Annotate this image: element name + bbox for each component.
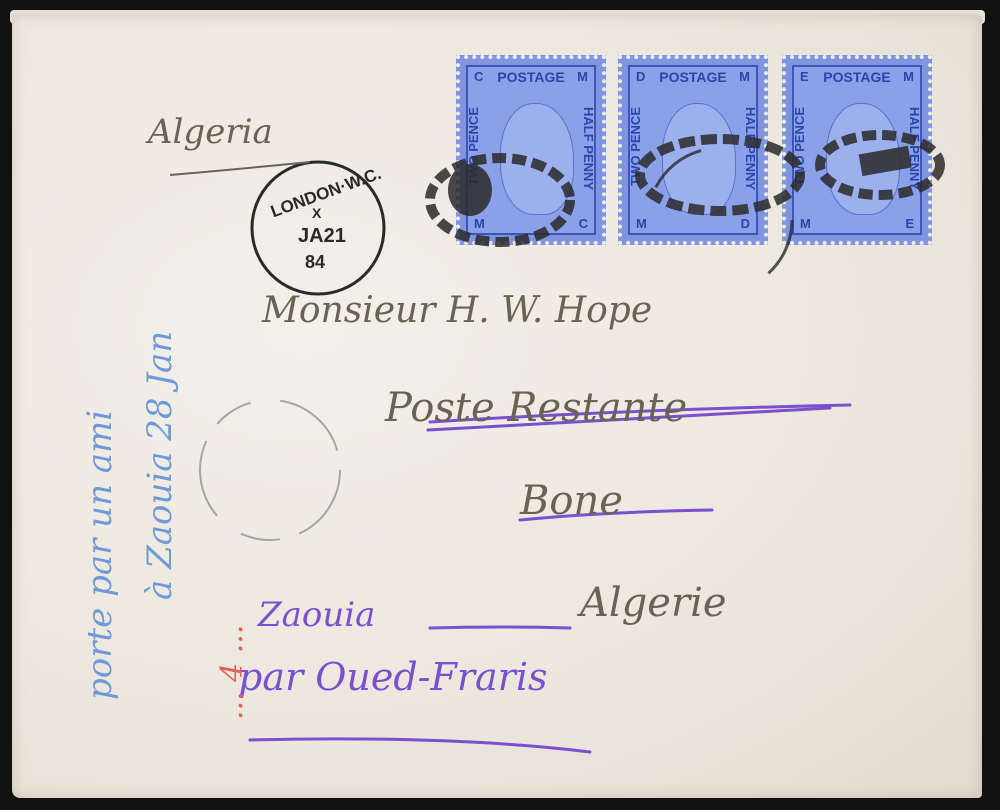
postmark-code: X: [312, 205, 321, 221]
handwriting-country: Algerie: [580, 580, 727, 626]
postmark-year: 84: [305, 252, 325, 273]
handwriting-addressee: Monsieur H. W. Hope: [262, 290, 652, 331]
handwriting-red-note: ... 4 ...: [215, 625, 250, 720]
handwriting-blue-note-2: à Zaouia 28 Jan: [140, 331, 180, 600]
handwriting-destination: Algeria: [148, 112, 273, 152]
handwriting-blue-note-1: porte par un ami: [80, 410, 120, 700]
handwriting-poste-restante: Poste Restante: [385, 385, 687, 431]
handwriting-town: Bone: [520, 478, 623, 524]
barred-cancel-icon: [430, 135, 940, 242]
handwriting-redirect-2: par Oued-Fraris: [238, 655, 548, 699]
postmark-date: JA21: [298, 225, 346, 248]
handwriting-redirect-1: Zaouia: [258, 595, 375, 635]
